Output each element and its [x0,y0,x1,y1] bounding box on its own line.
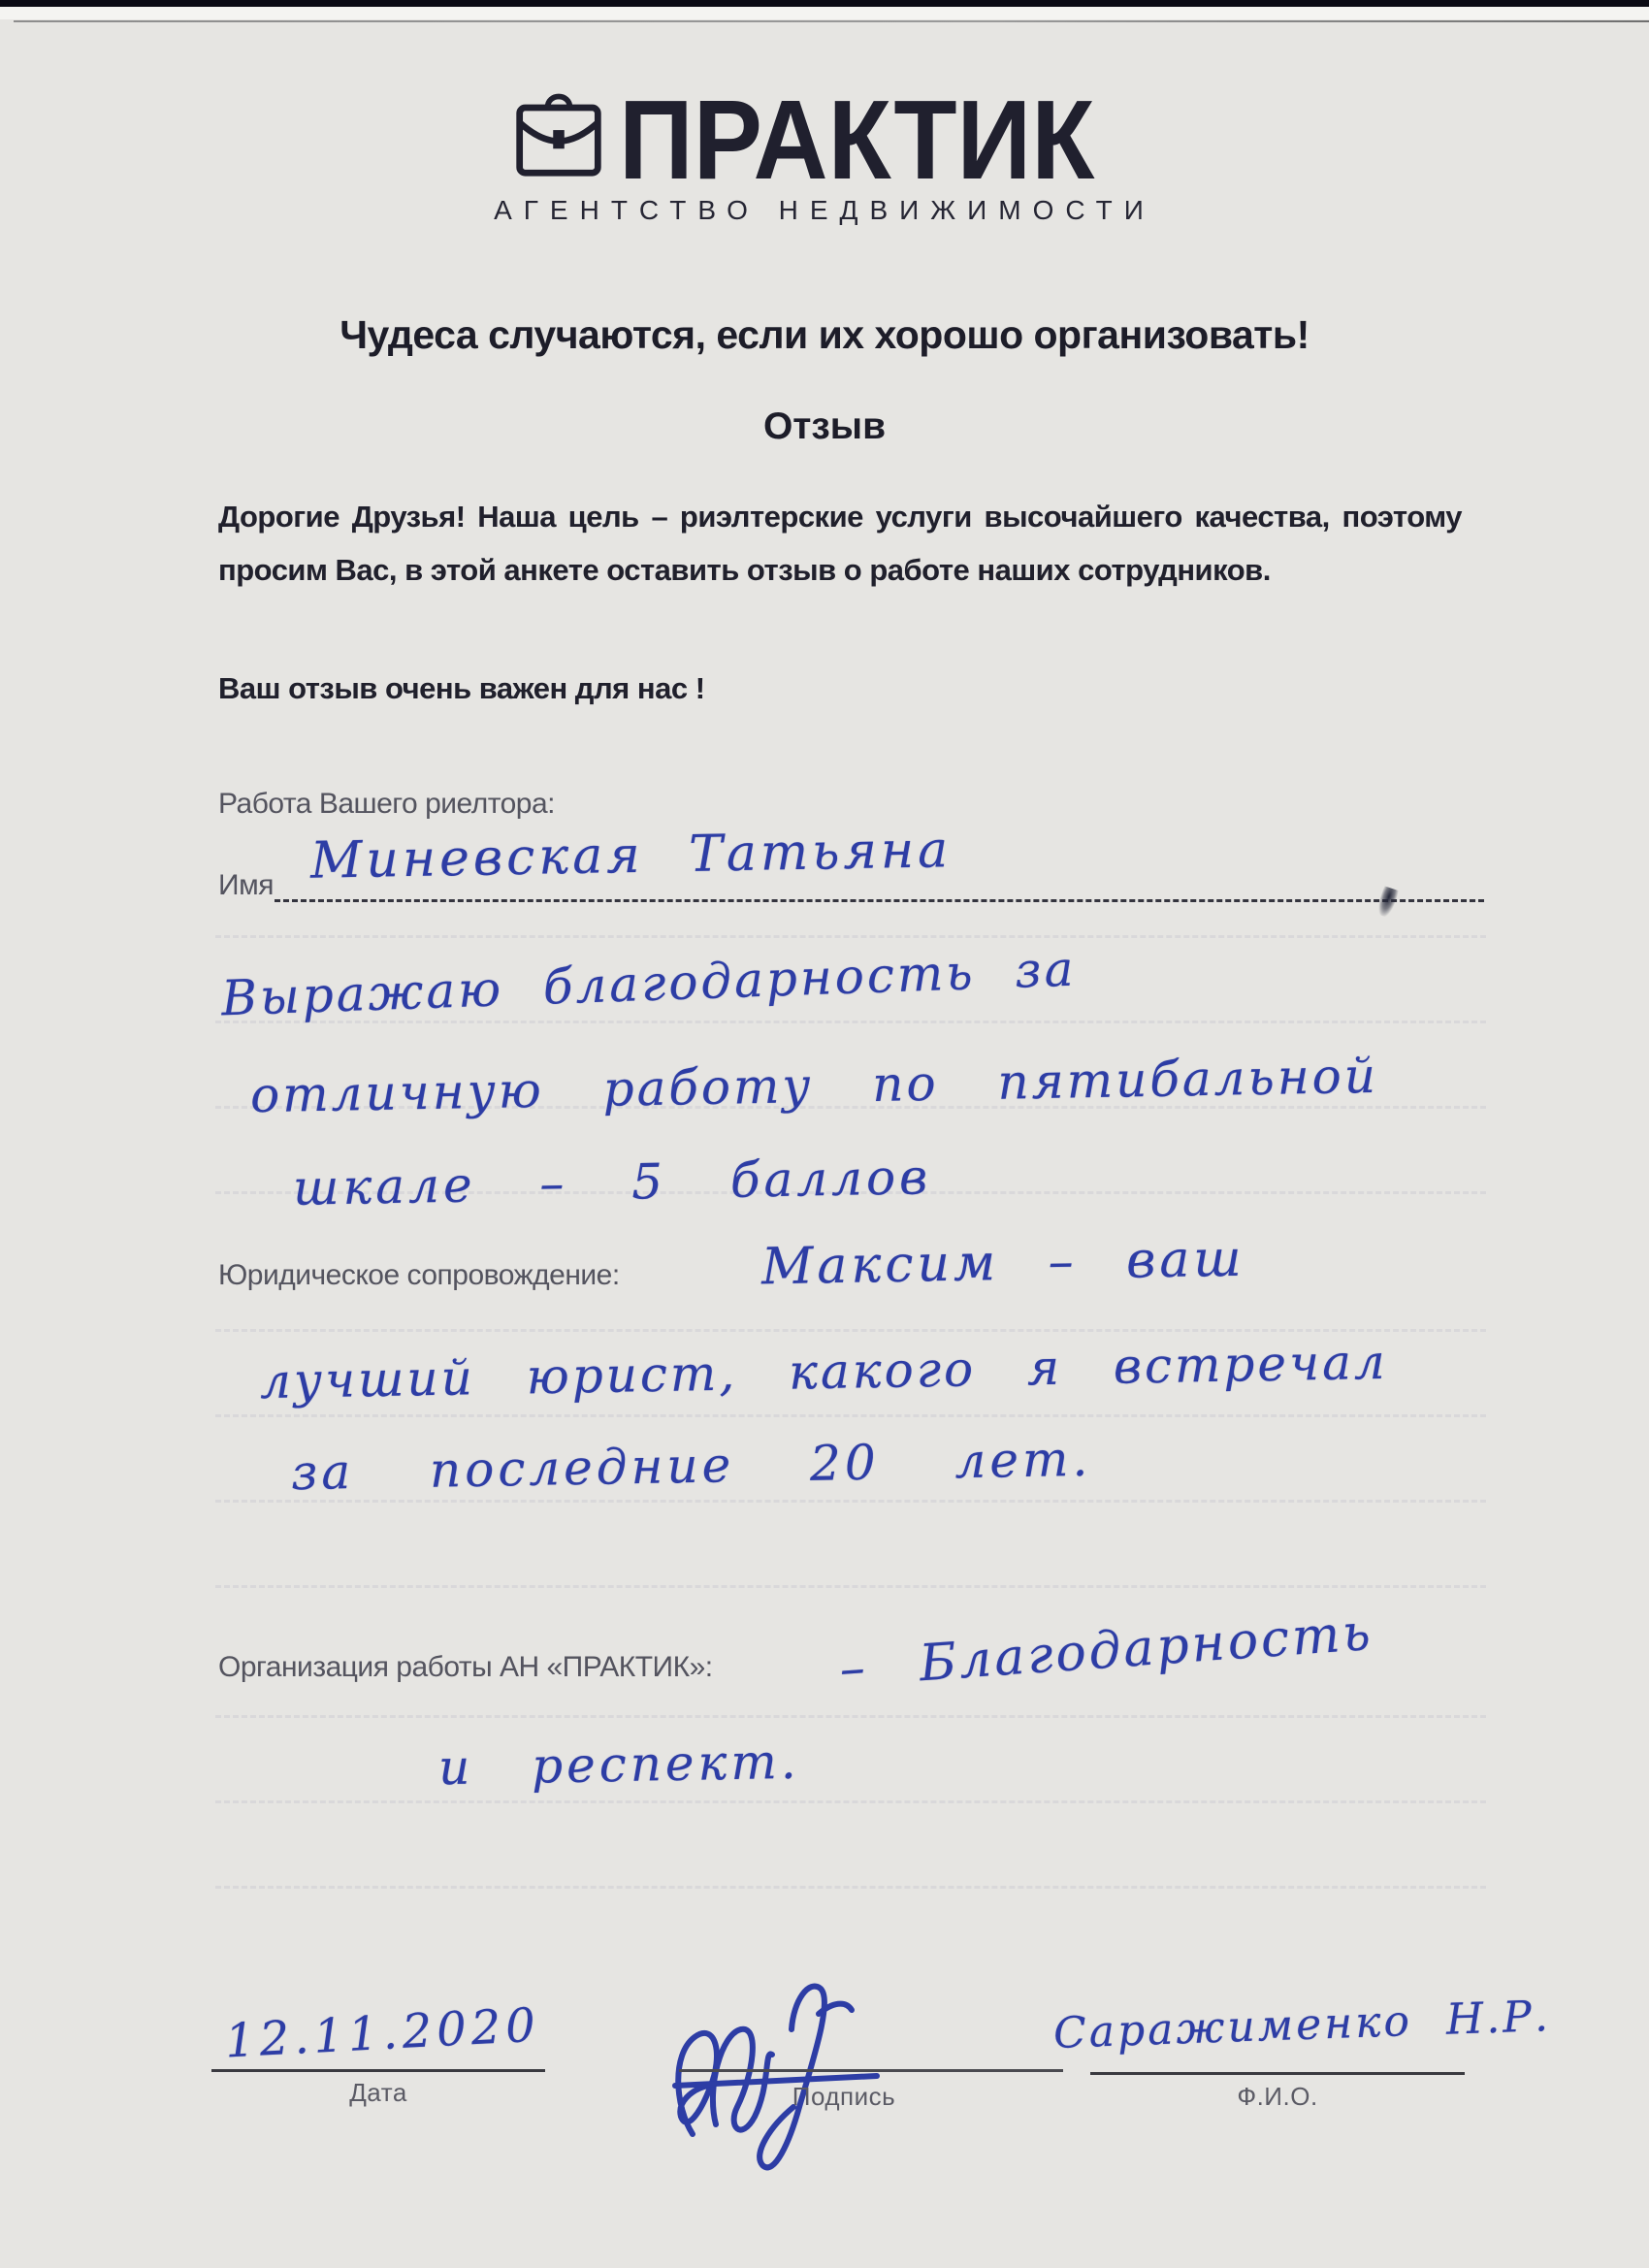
fio-line [1090,2072,1465,2075]
realtor-section-label: Работа Вашего риелтора: [218,788,555,821]
handwritten-organization-answer-line1: – Благодарность [838,1604,1375,1699]
handwritten-realtor-answer-line2: отличную работу по пятибальной [250,1048,1379,1123]
agency-logo: ПРАКТИК АГЕНТСТВО НЕДВИЖИМОСТИ [0,85,1649,226]
briefcase-icon [512,85,605,183]
handwritten-organization-answer-line2: и респект. [438,1733,801,1796]
brand-name: ПРАКТИК [619,96,1094,183]
intro-paragraph: Дорогие Друзья! Наша цель – риэлтерские … [218,490,1462,597]
fio-label: Ф.И.О. [1090,2082,1465,2112]
ruled-guide-line [215,934,1486,938]
signature-label: Подпись [679,2082,1009,2112]
signature-scribble [648,1961,900,2185]
handwritten-realtor-name: Миневская Татьяна [310,821,953,891]
ruled-guide-line [215,1499,1486,1503]
slogan-heading: Чудеса случаются, если их хорошо организ… [0,312,1649,358]
handwritten-date: 12.11.2020 [224,1998,541,2069]
organization-section-label: Организация работы АН «ПРАКТИК»: [218,1651,713,1684]
form-title: Отзыв [0,405,1649,448]
handwritten-realtor-answer-line3: шкале – 5 баллов [293,1149,932,1215]
scanned-feedback-form: ПРАКТИК АГЕНТСТВО НЕДВИЖИМОСТИ Чудеса сл… [0,0,1649,2268]
name-field-label: Имя [218,869,274,902]
ruled-guide-line [215,1714,1486,1718]
importance-note: Ваш отзыв очень важен для нас ! [218,671,705,706]
handwritten-fio: Саражименко Н.Р. [1052,1992,1551,2058]
ruled-guide-line [215,1413,1486,1417]
scan-line-artifact [14,20,1649,22]
date-line [211,2069,545,2072]
handwritten-legal-answer-line1: Максим – ваш [761,1230,1246,1297]
signature-line [679,2069,1063,2072]
scan-edge-strip [0,0,1649,7]
ruled-guide-line [215,1328,1486,1332]
scan-edge-light [0,7,1649,19]
date-label: Дата [211,2078,545,2108]
ruled-guide-line [215,1799,1486,1803]
handwritten-legal-answer-line2: лучший юрист, какого я встречал [260,1334,1389,1409]
legal-section-label: Юридическое сопровождение: [218,1259,620,1292]
handwritten-realtor-answer-line1: Выражаю благодарность за [220,941,1077,1027]
ruled-guide-line [215,1885,1486,1889]
ruled-guide-line [215,1584,1486,1588]
handwritten-legal-answer-line3: за последние 20 лет. [291,1431,1092,1501]
